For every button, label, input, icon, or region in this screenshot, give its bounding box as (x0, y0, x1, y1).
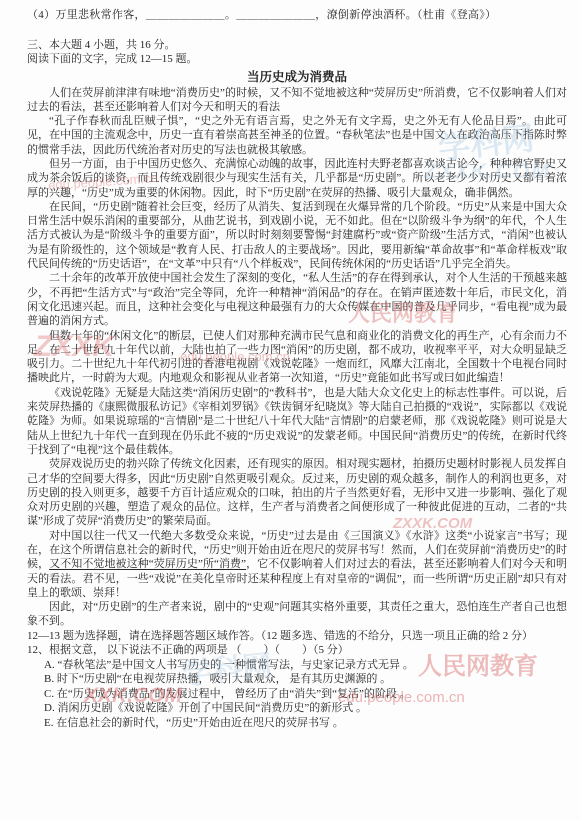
section-heading: 三、本大题 4 小题，共 16 分。 (27, 38, 567, 53)
exam-paper-page: 学科网 ZXXK.COM edu.people.com.cn 人民网教育 edu… (0, 0, 580, 821)
question-12-option-d: D. 消闲历史剧《戏说乾隆》开创了中国民间“消费历史”的新形式 。 (44, 701, 567, 716)
article-paragraph-9: 对中国以往一代又一代绝大多数受众来说，“历史”过去是由《三国演义》《水浒》这类“… (27, 529, 567, 600)
page-content: （4）万里悲秋常作客，＿＿＿＿＿＿＿。＿＿＿＿＿＿＿，潦倒新停浊酒杯。（杜甫《登… (0, 0, 580, 730)
question-12-option-c: C. 在“历史成为消费品”的发展过程中， 曾经历了由“消失”到“复活”的阶段 。 (44, 687, 567, 702)
article-paragraph-3: 但另一方面，由于中国历史悠久、充满惊心动魄的故事，因此连村夫野老都喜欢谈古论今，… (27, 157, 567, 200)
article-paragraph-7: 《戏说乾隆》无疑是大陆这类“消闲历史剧”的“教科书”，也是大陆大众文化史上的标志… (27, 386, 567, 457)
article-paragraph-1: 人们在荧屏前津津有味地“消费历史”的时候，又不知不觉地被这种“荧屏历史”所消费，… (27, 86, 567, 115)
article-title: 当历史成为消费品 (27, 69, 567, 85)
question-12-stem: 12、根据文意， 以下说法不正确的两项是 （ ）（ ）（5 分） (27, 643, 567, 658)
question-12-option-b: B. 时下“历史剧“在电视荧屏热播，吸引大量观众， 是有其历史渊源的 。 (44, 672, 567, 687)
article-paragraph-5: 二十余年的改革开放使中国社会发生了深刻的变化，“私人生活”的存在得到承认，对个人… (27, 271, 567, 328)
question-12-option-a: A. “春秋笔法”是中国文人书写历史的 一种惯常写法，与史家记录方式无异 。 (44, 658, 567, 673)
article-paragraph-8: 荧屏戏说历史的勃兴除了传统文化因素，还有现实的原因。相对现实题材，拍摄历史题材时… (27, 457, 567, 528)
article-paragraph-2: “孔子作春秋而乱臣贼子惧”，“史之外无有语言焉，史之外无有文字焉，史之外无有人伦… (27, 114, 567, 157)
fill-in-blank-line: （4）万里悲秋常作客，＿＿＿＿＿＿＿。＿＿＿＿＿＿＿，潦倒新停浊酒杯。（杜甫《登… (27, 8, 567, 23)
question-12-option-e: E. 在信息社会的新时代，“历史”开始由近在咫尺的荧屏书写 。 (44, 716, 567, 731)
paragraph-9-underlined-segment: 又不知不觉地被这种“荧屏历史”所“消费” (49, 558, 246, 570)
article-paragraph-10: 因此，对“历史剧”的生产者来说，剧中的“史观”问题其实格外重要，其责任之重大，恐… (27, 600, 567, 629)
answer-instruction-note: 12—13 题为选择题，请在选择题答题区域作答。（12 题多选、错选的不给分，只… (27, 629, 567, 644)
article-paragraph-4: 在民间，“历史剧”随着社会巨变，经历了从消失、复活到现在火爆异常的几个阶段。“历… (27, 200, 567, 271)
reading-instruction: 阅读下面的文字，完成 12—15 题。 (27, 52, 567, 67)
article-paragraph-6: 但数十年的“休闲文化”的断层，已使人们对那种充满市民气息和商业化的消费文化的再生… (27, 329, 567, 386)
